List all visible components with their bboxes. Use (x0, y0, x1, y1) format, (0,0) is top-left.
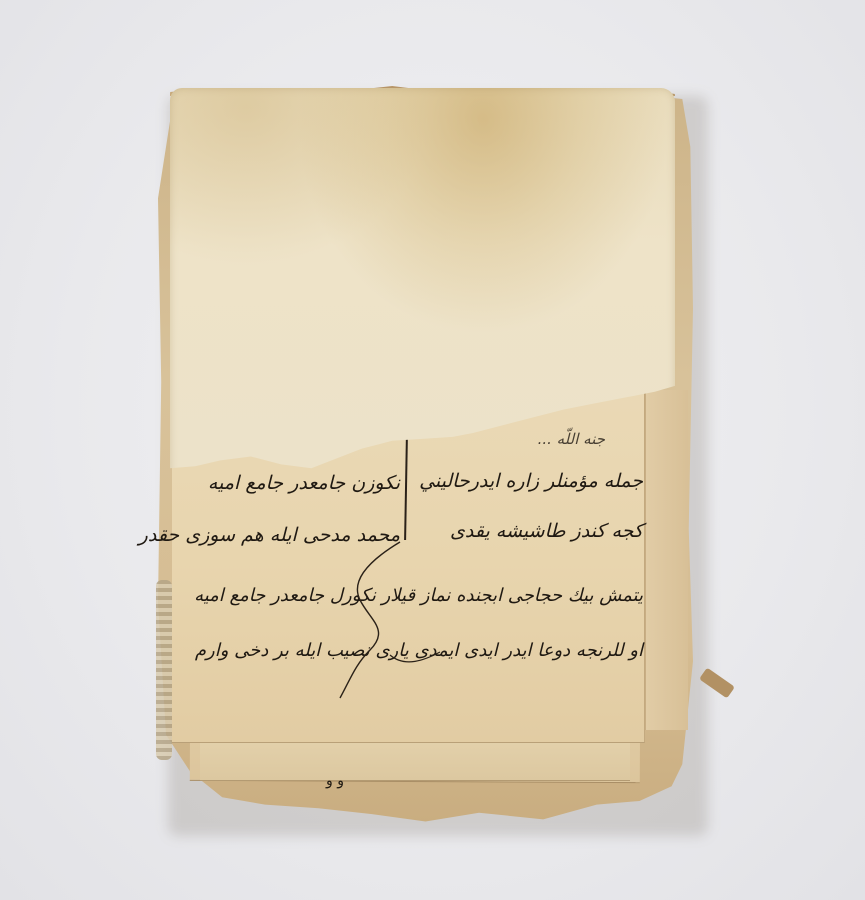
right-column-line-2: كجه كندز طاشيشه يقدى (450, 520, 643, 542)
top-partial-line: جنه اللّه ... (538, 430, 605, 448)
wavy-ink-stroke (330, 540, 450, 700)
binding-stitches (156, 580, 172, 760)
right-column-line-1: جمله مؤمنلر زاره ايدرحاليني (419, 470, 643, 492)
stub-text: و و (326, 773, 344, 789)
left-column-line-1: نكوزن جامعدر جامع اميه (208, 472, 400, 494)
right-page-strip (645, 390, 688, 730)
